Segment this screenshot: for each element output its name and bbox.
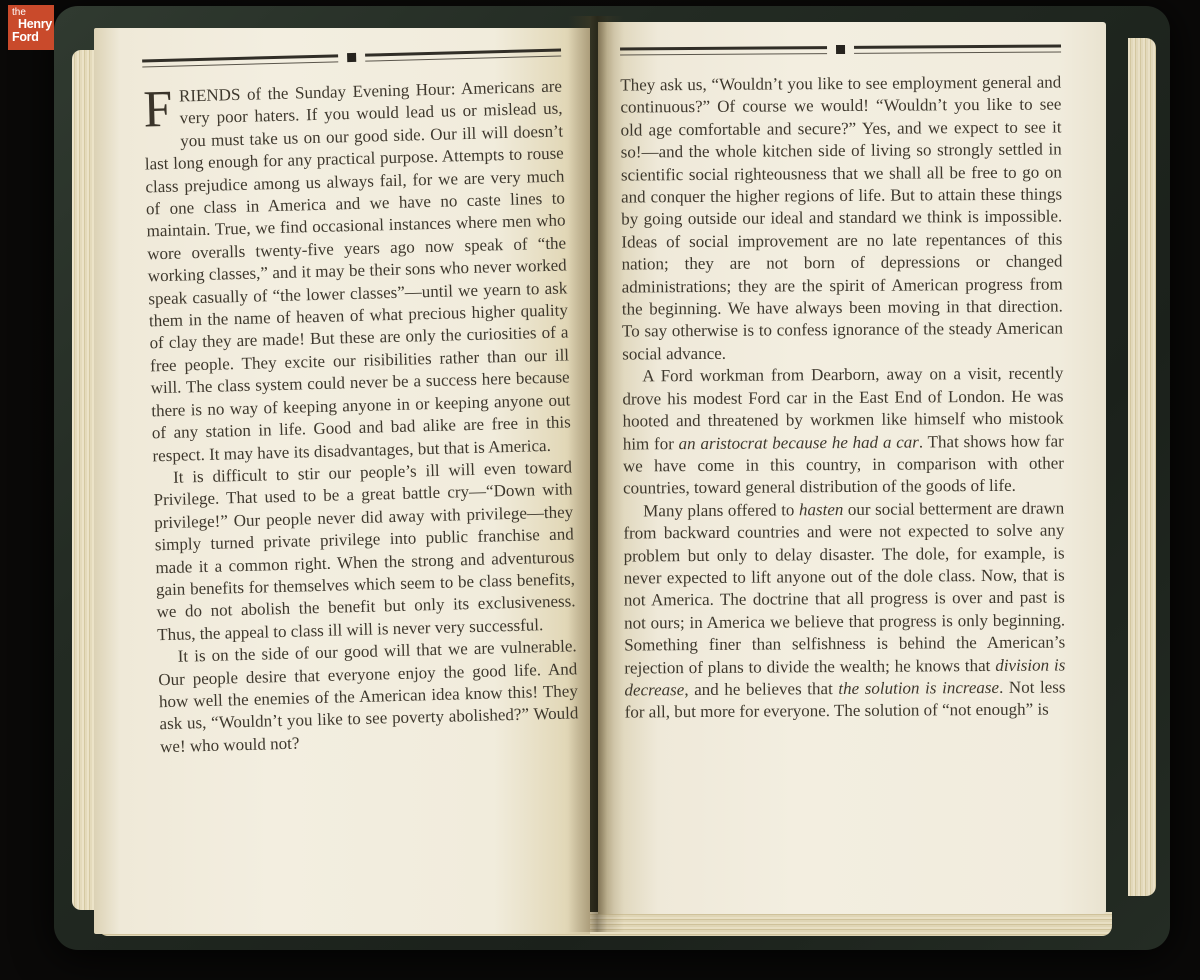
page-edges-right [1128, 38, 1156, 896]
dropcap-letter: F [143, 86, 180, 132]
ornament-rule-right [854, 44, 1061, 53]
paragraph: It is difficult to stir our people’s ill… [153, 456, 577, 646]
open-book: FRIENDS of the Sunday Evening Hour: Amer… [54, 6, 1170, 950]
left-page-text: FRIENDS of the Sunday Evening Hour: Amer… [142, 47, 579, 759]
paragraph: Many plans offered to hasten our social … [623, 497, 1066, 724]
ornament-rule-right [365, 49, 561, 62]
paragraph: FRIENDS of the Sunday Evening Hour: Amer… [143, 76, 572, 468]
right-page-paragraphs: They ask us, “Wouldn’t you like to see e… [620, 71, 1066, 724]
ornament-rule-left [142, 54, 338, 67]
henry-ford-logo: the Henry Ford [8, 5, 54, 50]
left-page-paragraphs: FRIENDS of the Sunday Evening Hour: Amer… [143, 76, 579, 759]
ornament-square-icon [347, 52, 356, 61]
header-ornament [620, 42, 1061, 57]
paragraph: A Ford workman from Dearborn, away on a … [622, 363, 1064, 501]
ornament-square-icon [836, 44, 845, 53]
right-page-text: They ask us, “Wouldn’t you like to see e… [620, 42, 1066, 724]
paragraph: It is on the side of our good will that … [157, 635, 579, 758]
paragraph: They ask us, “Wouldn’t you like to see e… [620, 71, 1063, 365]
logo-text-ford: Ford [12, 31, 54, 44]
ornament-rule-left [620, 46, 827, 55]
